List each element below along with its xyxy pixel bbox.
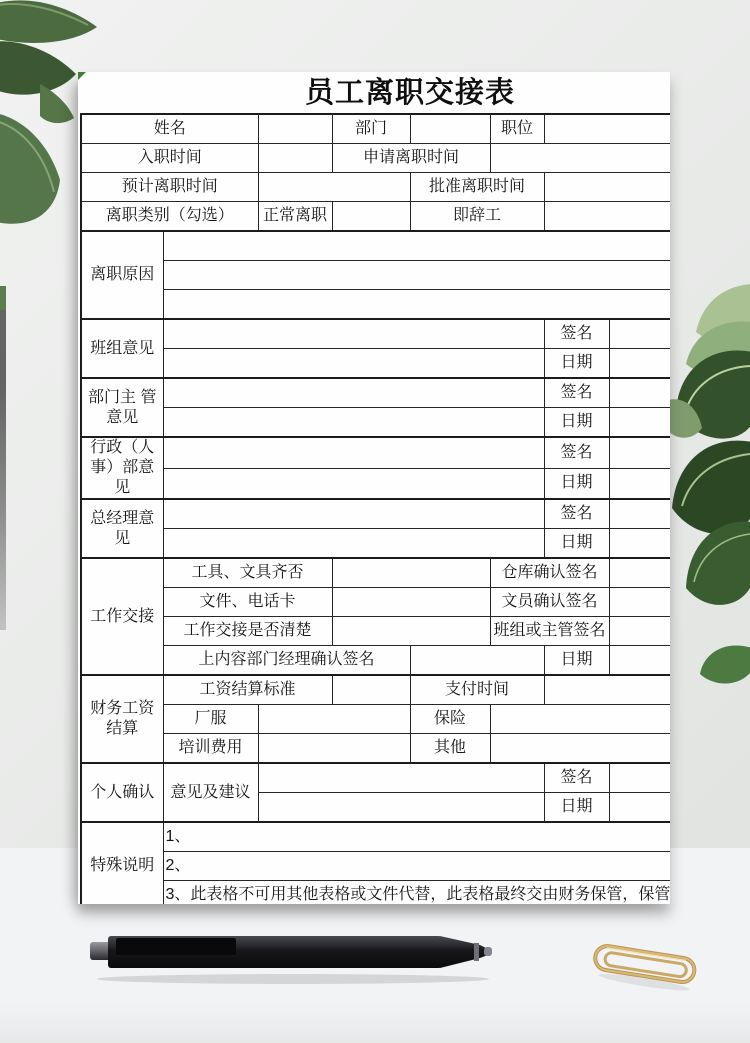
date-value-cell [609, 408, 670, 438]
gm-opinion-text-cell [163, 529, 544, 559]
dept-value-cell [410, 114, 490, 144]
special-note-1: 1、 [163, 822, 670, 852]
finance-item-value-cell [332, 675, 410, 705]
row-personal-sign: 个人确认 意见及建议 签名 [81, 763, 670, 793]
dept-opinion-text-cell [163, 408, 544, 438]
row-name: 姓名 部门 职位 [81, 114, 670, 144]
finance-item-label: 工资结算标准 [163, 675, 332, 705]
date-value-cell [609, 349, 670, 379]
category-immediate-label: 即辞工 [410, 202, 544, 232]
expected-leave-value-cell [258, 173, 410, 202]
finance-item-label: 其他 [410, 734, 490, 764]
position-value-cell [544, 114, 670, 144]
form-title: 员工离职交接表 [80, 74, 670, 112]
reason-label: 离职原因 [81, 231, 163, 319]
special-note-3: 3、此表格不可用其他表格或文件代替，此表格最终交由财务保管，保管期 [163, 881, 670, 905]
handover-sign-label: 班组或主管签名 [490, 617, 609, 646]
expected-leave-label: 预计离职时间 [81, 173, 258, 202]
personal-suggestion-text-cell [258, 793, 544, 823]
finance-item-value-cell [544, 675, 670, 705]
reason-line-cell [163, 261, 670, 290]
finance-item-label: 保险 [410, 705, 490, 734]
gm-opinion-label: 总经理意见 [81, 499, 163, 558]
name-label: 姓名 [81, 114, 258, 144]
category-normal-check-cell [332, 202, 410, 232]
date-value-cell [609, 646, 670, 676]
gm-opinion-text-cell [163, 499, 544, 529]
row-reason-2 [81, 261, 670, 290]
row-reason-3 [81, 290, 670, 320]
handover-item-value-cell [332, 558, 490, 588]
team-opinion-text-cell [163, 319, 544, 349]
row-special-2: 2、 [81, 852, 670, 881]
row-hr-opinion-date: 日期 [81, 468, 670, 499]
date-value-cell [609, 529, 670, 559]
category-normal-label: 正常离职 [258, 202, 332, 232]
date-value-cell [609, 468, 670, 499]
row-gm-opinion-date: 日期 [81, 529, 670, 559]
template-preview-scene: 员工离职交接表 姓名 部门 职位 入职时间 [0, 0, 750, 1043]
hr-opinion-text-cell [163, 437, 544, 468]
row-finance-2: 厂服 保险 [81, 705, 670, 734]
handover-item-label: 工作交接是否清楚 [163, 617, 332, 646]
date-label: 日期 [544, 529, 609, 559]
row-team-opinion-sign: 班组意见 签名 [81, 319, 670, 349]
row-handover-2: 文件、电话卡 文员确认签名 [81, 588, 670, 617]
apply-leave-value-cell [490, 144, 670, 173]
special-label: 特殊说明 [81, 822, 163, 904]
row-expected-leave: 预计离职时间 批准离职时间 [81, 173, 670, 202]
row-dept-opinion-date: 日期 [81, 408, 670, 438]
sign-value-cell [609, 378, 670, 408]
finance-item-label: 厂服 [163, 705, 258, 734]
reason-line-cell [163, 231, 670, 261]
finance-item-value-cell [490, 705, 670, 734]
dept-opinion-label: 部门主 管意见 [81, 378, 163, 437]
date-label: 日期 [544, 793, 609, 823]
finance-label: 财务工资结算 [81, 675, 163, 763]
row-handover-confirm: 上内容部门经理确认签名 日期 [81, 646, 670, 676]
personal-suggestion-text-cell [258, 763, 544, 793]
sign-label: 签名 [544, 319, 609, 349]
finance-item-value-cell [258, 734, 410, 764]
handover-item-label: 文件、电话卡 [163, 588, 332, 617]
date-label: 日期 [544, 468, 609, 499]
category-label: 离职类别（勾选） [81, 202, 258, 232]
row-hr-opinion-sign: 行政（人事）部意见 签名 [81, 437, 670, 468]
team-opinion-label: 班组意见 [81, 319, 163, 378]
handover-item-value-cell [332, 588, 490, 617]
row-entry-time: 入职时间 申请离职时间 [81, 144, 670, 173]
reason-line-cell [163, 290, 670, 320]
handover-confirm-sign-cell [410, 646, 544, 676]
pen-icon [88, 932, 492, 988]
special-note-2: 2、 [163, 852, 670, 881]
row-finance-1: 财务工资结算 工资结算标准 支付时间 [81, 675, 670, 705]
row-handover-3: 工作交接是否清楚 班组或主管签名 [81, 617, 670, 646]
date-value-cell [609, 793, 670, 823]
sign-value-cell [609, 437, 670, 468]
handover-label: 工作交接 [81, 558, 163, 675]
hr-opinion-label: 行政（人事）部意见 [81, 437, 163, 499]
handover-item-value-cell [332, 617, 490, 646]
sign-value-cell [609, 319, 670, 349]
finance-item-label: 培训费用 [163, 734, 258, 764]
row-team-opinion-date: 日期 [81, 349, 670, 379]
row-gm-opinion-sign: 总经理意见 签名 [81, 499, 670, 529]
dept-opinion-text-cell [163, 378, 544, 408]
handover-sign-value-cell [609, 588, 670, 617]
handover-item-label: 工具、文具齐否 [163, 558, 332, 588]
position-label: 职位 [490, 114, 544, 144]
date-label: 日期 [544, 646, 609, 676]
date-label: 日期 [544, 408, 609, 438]
finance-item-label: 支付时间 [410, 675, 544, 705]
team-opinion-text-cell [163, 349, 544, 379]
personal-suggestion-label: 意见及建议 [163, 763, 258, 822]
entry-time-value-cell [258, 144, 332, 173]
sign-label: 签名 [544, 499, 609, 529]
row-special-1: 特殊说明 1、 [81, 822, 670, 852]
resignation-form-table: 姓名 部门 职位 入职时间 申请离职时间 预计离职时间 批准离职时间 [80, 113, 670, 904]
apply-leave-label: 申请离职时间 [332, 144, 490, 173]
category-immediate-check-cell [544, 202, 670, 232]
approved-leave-label: 批准离职时间 [410, 173, 544, 202]
left-edge-object [0, 286, 6, 630]
handover-confirm-label: 上内容部门经理确认签名 [163, 646, 410, 676]
handover-sign-label: 仓库确认签名 [490, 558, 609, 588]
finance-item-value-cell [490, 734, 670, 764]
row-finance-3: 培训费用 其他 [81, 734, 670, 764]
handover-sign-label: 文员确认签名 [490, 588, 609, 617]
handover-sign-value-cell [609, 617, 670, 646]
hr-opinion-text-cell [163, 468, 544, 499]
personal-label: 个人确认 [81, 763, 163, 822]
paper-clip-icon [588, 944, 700, 994]
handover-sign-value-cell [609, 558, 670, 588]
row-category: 离职类别（勾选） 正常离职 即辞工 [81, 202, 670, 232]
entry-time-label: 入职时间 [81, 144, 258, 173]
dept-label: 部门 [332, 114, 410, 144]
sign-value-cell [609, 763, 670, 793]
sign-label: 签名 [544, 378, 609, 408]
date-label: 日期 [544, 349, 609, 379]
row-dept-opinion-sign: 部门主 管意见 签名 [81, 378, 670, 408]
name-value-cell [258, 114, 332, 144]
sign-value-cell [609, 499, 670, 529]
form-paper: 员工离职交接表 姓名 部门 职位 入职时间 [78, 72, 670, 904]
finance-item-value-cell [258, 705, 410, 734]
approved-leave-value-cell [544, 173, 670, 202]
sign-label: 签名 [544, 437, 609, 468]
row-reason-1: 离职原因 [81, 231, 670, 261]
row-handover-1: 工作交接 工具、文具齐否 仓库确认签名 [81, 558, 670, 588]
sign-label: 签名 [544, 763, 609, 793]
plant-leaves-right-icon [660, 282, 750, 694]
row-special-3: 3、此表格不可用其他表格或文件代替，此表格最终交由财务保管，保管期 [81, 881, 670, 905]
